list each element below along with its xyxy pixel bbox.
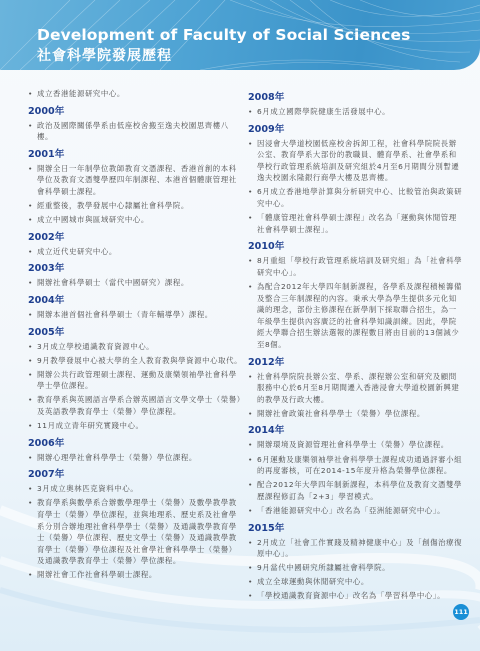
year-list: 開辦社會科學碩士（當代中國研究）課程。 (28, 277, 244, 289)
list-item: 6月運動及康樂領袖學社會科學學士課程成功通過評審小組的再度審核，可在2014-1… (248, 454, 464, 477)
list-item: 2月成立「社會工作實踐及精神健康中心」及「創傷治療復原中心」。 (248, 537, 464, 560)
list-item: 11月成立青年研究實踐中心。 (28, 420, 244, 432)
list-item: 開辦本港首個社會科學碩士（青年輔導學）課程。 (28, 309, 244, 321)
year-list: 開辦全日一年制學位教師教育文憑課程、香港首創的本科學位及教育文憑雙學歷四年制課程… (28, 163, 244, 226)
year-heading: 2000年 (28, 106, 244, 118)
year-heading: 2001年 (28, 149, 244, 161)
list-item: 成立全球運動與休閒研究中心。 (248, 576, 464, 588)
list-item: 為配合2012年大學四年制新課程，各學系及課程積極籌備及整合三年制課程的內容。秉… (248, 281, 464, 351)
year-heading: 2009年 (248, 124, 464, 136)
list-item: 「體康管理社會科學碩士課程」改名為「運動與休閒管理社會科學碩士課程」。 (248, 212, 464, 235)
left-column: 成立香港能源研究中心。 2000年 政治及國際關係學系由低座校舍搬至逸夫校園思齊… (28, 88, 244, 584)
year-list: 政治及國際關係學系由低座校舍搬至逸夫校園思齊樓八樓。 (28, 120, 244, 143)
year-heading: 2015年 (248, 523, 464, 535)
year-list: 6月成立國際學院健康生活發展中心。 (248, 106, 464, 118)
list-item: 「學校通識教育資源中心」改名為「學習科學中心」。 (248, 590, 464, 602)
list-item: 6月成立國際學院健康生活發展中心。 (248, 106, 464, 118)
intro-list: 成立香港能源研究中心。 (28, 88, 244, 100)
year-list: 8月重組「學校行政管理系統培訓及研究組」為「社會科學研究中心」。 為配合2012… (248, 255, 464, 350)
list-item: 政治及國際關係學系由低座校舍搬至逸夫校園思齊樓八樓。 (28, 120, 244, 143)
list-item: 9月當代中國研究所隸屬社會科學院。 (248, 562, 464, 574)
year-list: 3月成立學校通識教育資源中心。 9月教學發展中心被大學的全人教育教與學資源中心取… (28, 341, 244, 432)
list-item: 「香港能源研究中心」改名為「亞洲能源研究中心」。 (248, 505, 464, 517)
list-item: 開辦環境及資源管理社會科學學士（榮譽）學位課程。 (248, 439, 464, 451)
year-list: 因浸會大學道校園低座校舍拆卸工程，社會科學院院長辦公室、教育學系大部份的教職員、… (248, 138, 464, 236)
year-heading: 2004年 (28, 295, 244, 307)
list-item: 6月成立香港地學計算與分析研究中心、比較管治與政策研究中心。 (248, 186, 464, 209)
page-header-banner: Development of Faculty of Social Science… (0, 0, 480, 70)
year-heading: 2006年 (28, 438, 244, 450)
list-item: 3月成立學校通識教育資源中心。 (28, 341, 244, 353)
year-list: 開辦心理學社會科學學士（榮譽）學位課程。 (28, 452, 244, 464)
right-column: 2008年 6月成立國際學院健康生活發展中心。 2009年 因浸會大學道校園低座… (248, 92, 464, 605)
list-item: 教育學系與英國語言學系合辦英國語言文學文學士（榮譽）及英語教學教育學士（榮譽）學… (28, 394, 244, 417)
list-item: 因浸會大學道校園低座校舍拆卸工程，社會科學院院長辦公室、教育學系大部份的教職員、… (248, 138, 464, 184)
list-item: 開辦社會政策社會科學學士（榮譽）學位課程。 (248, 408, 464, 420)
list-item: 成立香港能源研究中心。 (28, 88, 244, 100)
list-item: 成立中國城市與區域研究中心。 (28, 214, 244, 226)
year-heading: 2012年 (248, 357, 464, 369)
year-heading: 2003年 (28, 263, 244, 275)
page-title-chinese: 社會科學院發展歷程 (37, 45, 172, 65)
year-list: 成立近代史研究中心。 (28, 246, 244, 258)
list-item: 開辦心理學社會科學學士（榮譽）學位課程。 (28, 452, 244, 464)
list-item: 8月重組「學校行政管理系統培訓及研究組」為「社會科學研究中心」。 (248, 255, 464, 278)
list-item: 社會科學院院長辦公室、學系、課程辦公室和研究及顧問服務中心於6月至8月期間遷入香… (248, 371, 464, 406)
year-list: 2月成立「社會工作實踐及精神健康中心」及「創傷治療復原中心」。 9月當代中國研究… (248, 537, 464, 602)
year-list: 社會科學院院長辦公室、學系、課程辦公室和研究及顧問服務中心於6月至8月期間遷入香… (248, 371, 464, 420)
year-heading: 2005年 (28, 327, 244, 339)
year-list: 3月成立奧林匹克資料中心。 教育學系與數學系合辦數學理學士（榮譽）及數學教學教育… (28, 483, 244, 581)
list-item: 開辦社會科學碩士（當代中國研究）課程。 (28, 277, 244, 289)
page-number-badge: 111 (453, 604, 469, 620)
list-item: 9月教學發展中心被大學的全人教育教與學資源中心取代。 (28, 355, 244, 367)
list-item: 開辦社會工作社會科學碩士課程。 (28, 569, 244, 581)
year-heading: 2008年 (248, 92, 464, 104)
year-heading: 2010年 (248, 241, 464, 253)
list-item: 配合2012年大學四年制新課程，本科學位及教育文憑雙學歷課程修訂為「2+3」學習… (248, 479, 464, 502)
list-item: 開辦全日一年制學位教師教育文憑課程、香港首創的本科學位及教育文憑雙學歷四年制課程… (28, 163, 244, 198)
year-list: 開辦環境及資源管理社會科學學士（榮譽）學位課程。 6月運動及康樂領袖學社會科學學… (248, 439, 464, 516)
list-item: 經重整後，教學發展中心隸屬社會科學院。 (28, 200, 244, 212)
year-heading: 2007年 (28, 469, 244, 481)
list-item: 3月成立奧林匹克資料中心。 (28, 483, 244, 495)
year-list: 開辦本港首個社會科學碩士（青年輔導學）課程。 (28, 309, 244, 321)
page-title-english: Development of Faculty of Social Science… (37, 26, 410, 44)
list-item: 開辦公共行政管理碩士課程、運動及康樂領袖學社會科學學士學位課程。 (28, 369, 244, 392)
list-item: 成立近代史研究中心。 (28, 246, 244, 258)
list-item: 教育學系與數學系合辦數學理學士（榮譽）及數學教學教育學士（榮譽）學位課程，並與地… (28, 497, 244, 567)
year-heading: 2002年 (28, 232, 244, 244)
year-heading: 2014年 (248, 425, 464, 437)
